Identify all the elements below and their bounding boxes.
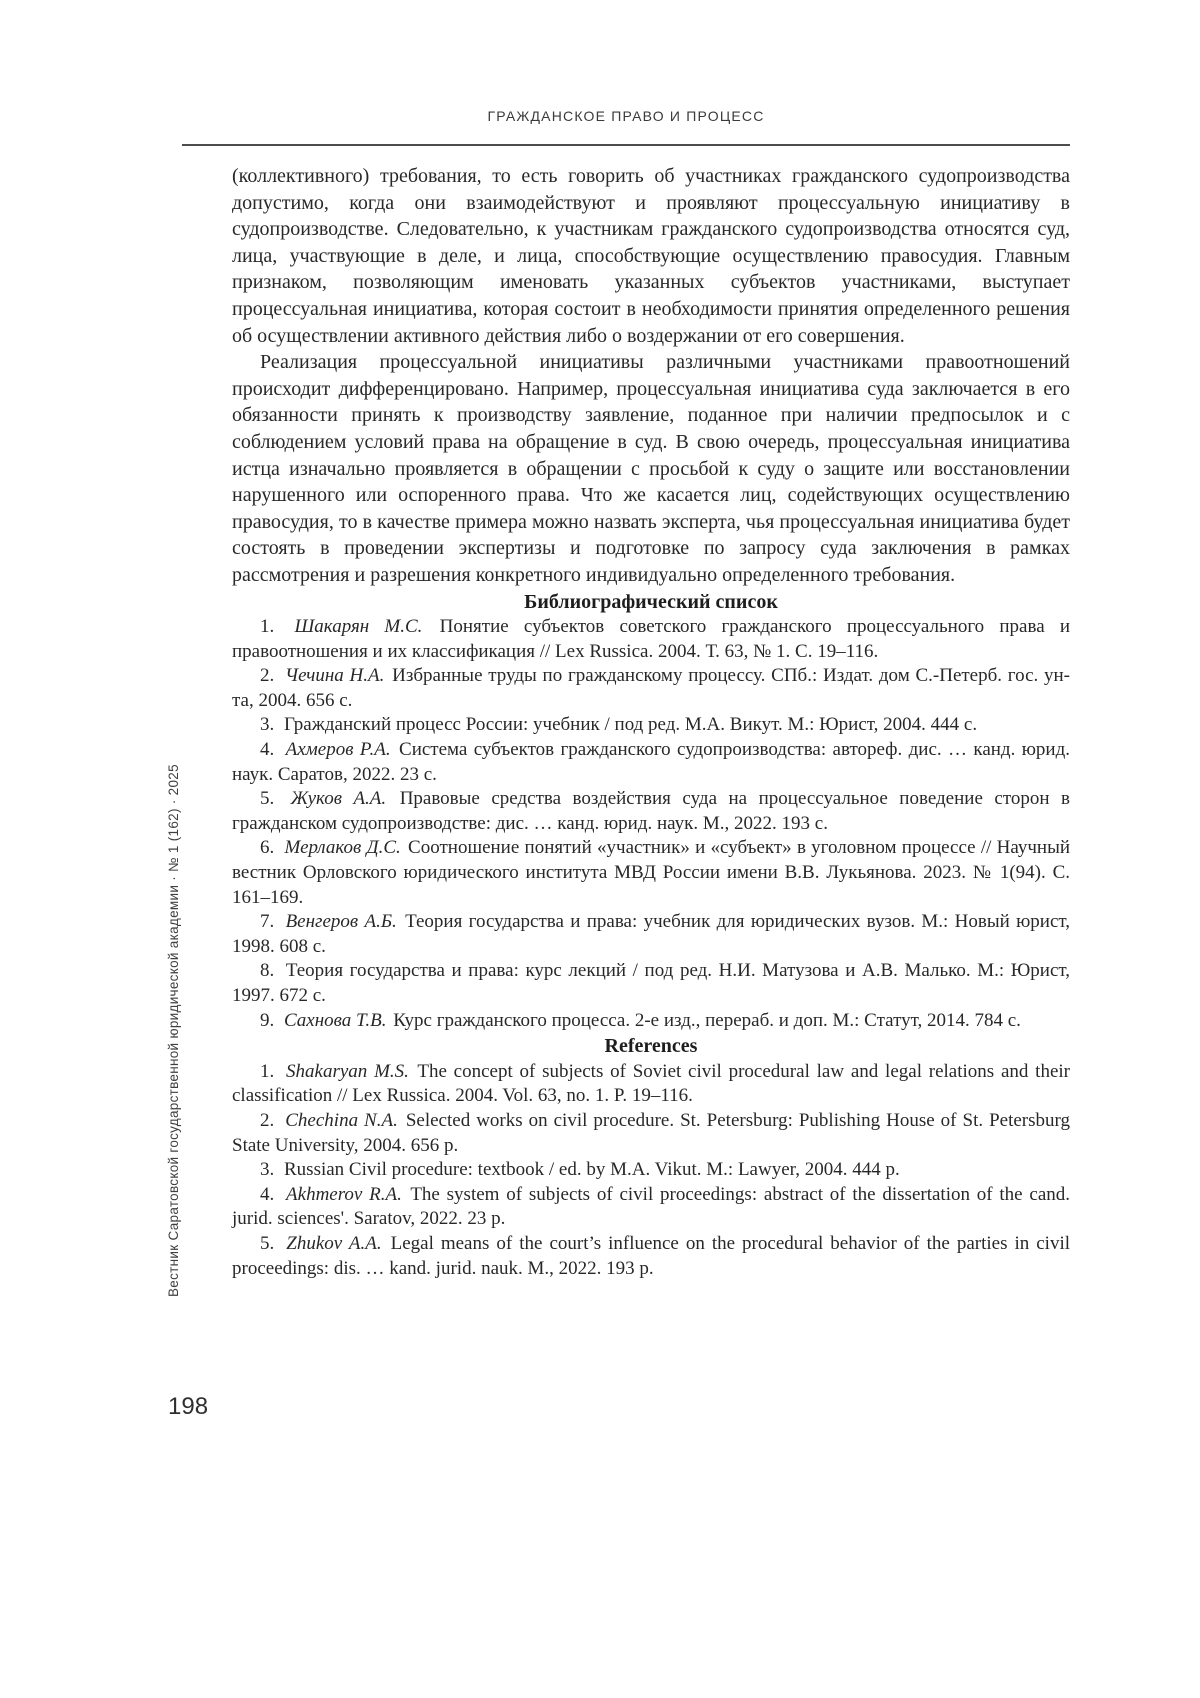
entry-number: 2. bbox=[260, 665, 274, 686]
entry-number: 5. bbox=[260, 788, 274, 809]
bibliography-section: Библиографический список 1. Шакарян М.С.… bbox=[232, 589, 1070, 1034]
body-paragraph: Реализация процессуальной инициативы раз… bbox=[232, 349, 1070, 588]
entry-author: Чечина Н.А. bbox=[285, 665, 384, 686]
entry-number: 3. bbox=[260, 1159, 274, 1180]
entry-author: Шакарян М.С. bbox=[294, 616, 422, 637]
bibliography-entry: 4. Ахмеров Р.А. Система субъектов гражда… bbox=[232, 738, 1070, 787]
reference-entry: 1. Shakaryan M.S. The concept of subject… bbox=[232, 1060, 1070, 1109]
entry-author: Жуков А.А. bbox=[291, 788, 386, 809]
entry-author: Венгеров А.Б. bbox=[286, 911, 397, 932]
bibliography-entry: 3. Гражданский процесс России: учебник /… bbox=[232, 713, 1070, 738]
journal-page: ГРАЖДАНСКОЕ ПРАВО И ПРОЦЕСС (коллективно… bbox=[0, 0, 1200, 1698]
entry-number: 4. bbox=[260, 739, 274, 760]
entry-author: Shakaryan M.S. bbox=[286, 1061, 409, 1082]
entry-number: 1. bbox=[260, 1061, 274, 1082]
entry-number: 9. bbox=[260, 1010, 274, 1031]
entry-number: 1. bbox=[260, 616, 274, 637]
bibliography-entry: 6. Мерлаков Д.С. Соотношение понятий «уч… bbox=[232, 836, 1070, 910]
entry-number: 7. bbox=[260, 911, 274, 932]
bibliography-title: Библиографический список bbox=[232, 589, 1070, 616]
body-paragraphs: (коллективного) требования, то есть гово… bbox=[232, 163, 1070, 589]
entry-author: Мерлаков Д.С. bbox=[285, 837, 401, 858]
article-body: (коллективного) требования, то есть гово… bbox=[232, 163, 1070, 1281]
reference-entry: 2. Chechina N.A. Selected works on civil… bbox=[232, 1109, 1070, 1158]
entry-number: 6. bbox=[260, 837, 274, 858]
reference-entry: 4. Akhmerov R.A. The system of subjects … bbox=[232, 1183, 1070, 1232]
references-title: References bbox=[232, 1033, 1070, 1060]
bibliography-entry: 8. Теория государства и права: курс лекц… bbox=[232, 959, 1070, 1008]
entry-author: Zhukov A.A. bbox=[286, 1233, 381, 1254]
journal-sidebar-label: Вестник Саратовской государственной юрид… bbox=[166, 764, 181, 1297]
bibliography-entry: 2. Чечина Н.А. Избранные труды по гражда… bbox=[232, 664, 1070, 713]
entry-author: Akhmerov R.A. bbox=[286, 1184, 402, 1205]
body-paragraph: (коллективного) требования, то есть гово… bbox=[232, 163, 1070, 349]
references-section: References 1. Shakaryan M.S. The concept… bbox=[232, 1033, 1070, 1281]
entry-number: 3. bbox=[260, 714, 274, 735]
entry-number: 8. bbox=[260, 960, 274, 981]
entry-author: Сахнова Т.В. bbox=[284, 1010, 387, 1031]
entry-author: Chechina N.A. bbox=[285, 1110, 398, 1131]
bibliography-entry: 9. Сахнова Т.В. Курс гражданского процес… bbox=[232, 1009, 1070, 1034]
reference-entry: 5. Zhukov A.A. Legal means of the court’… bbox=[232, 1232, 1070, 1281]
running-head: ГРАЖДАНСКОЕ ПРАВО И ПРОЦЕСС bbox=[182, 108, 1070, 124]
references-list: 1. Shakaryan M.S. The concept of subject… bbox=[232, 1060, 1070, 1281]
header-rule bbox=[182, 144, 1070, 146]
bibliography-entry: 5. Жуков А.А. Правовые средства воздейст… bbox=[232, 787, 1070, 836]
bibliography-entry: 1. Шакарян М.С. Понятие субъектов советс… bbox=[232, 615, 1070, 664]
bibliography-entry: 7. Венгеров А.Б. Теория государства и пр… bbox=[232, 910, 1070, 959]
entry-text: Курс гражданского процесса. 2-е изд., пе… bbox=[393, 1010, 1021, 1031]
entry-number: 4. bbox=[260, 1184, 274, 1205]
entry-number: 2. bbox=[260, 1110, 274, 1131]
entry-text: Гражданский процесс России: учебник / по… bbox=[284, 714, 977, 735]
entry-text: Russian Civil procedure: textbook / ed. … bbox=[284, 1159, 900, 1180]
entry-author: Ахмеров Р.А. bbox=[286, 739, 391, 760]
page-number: 198 bbox=[168, 1393, 208, 1421]
reference-entry: 3. Russian Civil procedure: textbook / e… bbox=[232, 1158, 1070, 1183]
bibliography-list: 1. Шакарян М.С. Понятие субъектов советс… bbox=[232, 615, 1070, 1033]
entry-text: Теория государства и права: курс лекций … bbox=[232, 960, 1070, 1006]
entry-number: 5. bbox=[260, 1233, 274, 1254]
